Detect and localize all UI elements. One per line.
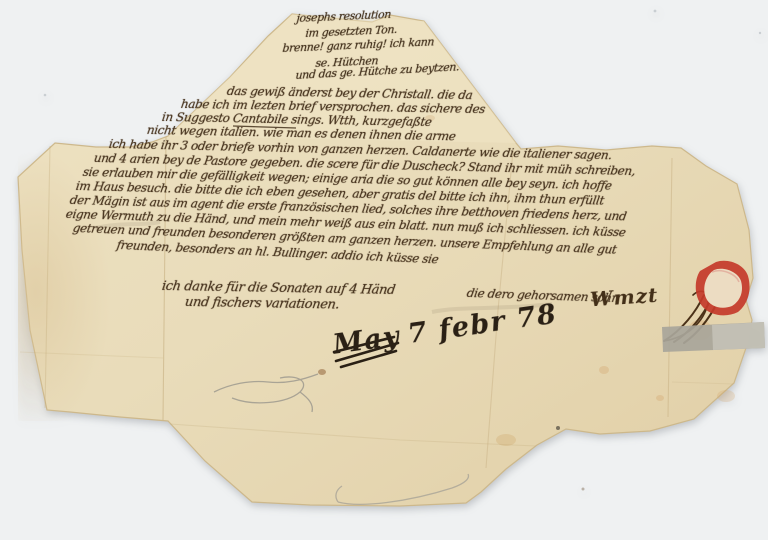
- dust-speck: [654, 10, 657, 13]
- signature-initials: Wmzt: [589, 283, 659, 312]
- tape-strip: [662, 322, 765, 352]
- manuscript-line: und fischers variationen.: [184, 295, 340, 313]
- letter-paper: [0, 0, 768, 540]
- dust-speck: [759, 32, 761, 34]
- dust-speck: [44, 94, 47, 97]
- scanned-letter: josephs resolutionim gesetzten Ton.brenn…: [0, 0, 768, 540]
- wax-seal: [696, 261, 750, 316]
